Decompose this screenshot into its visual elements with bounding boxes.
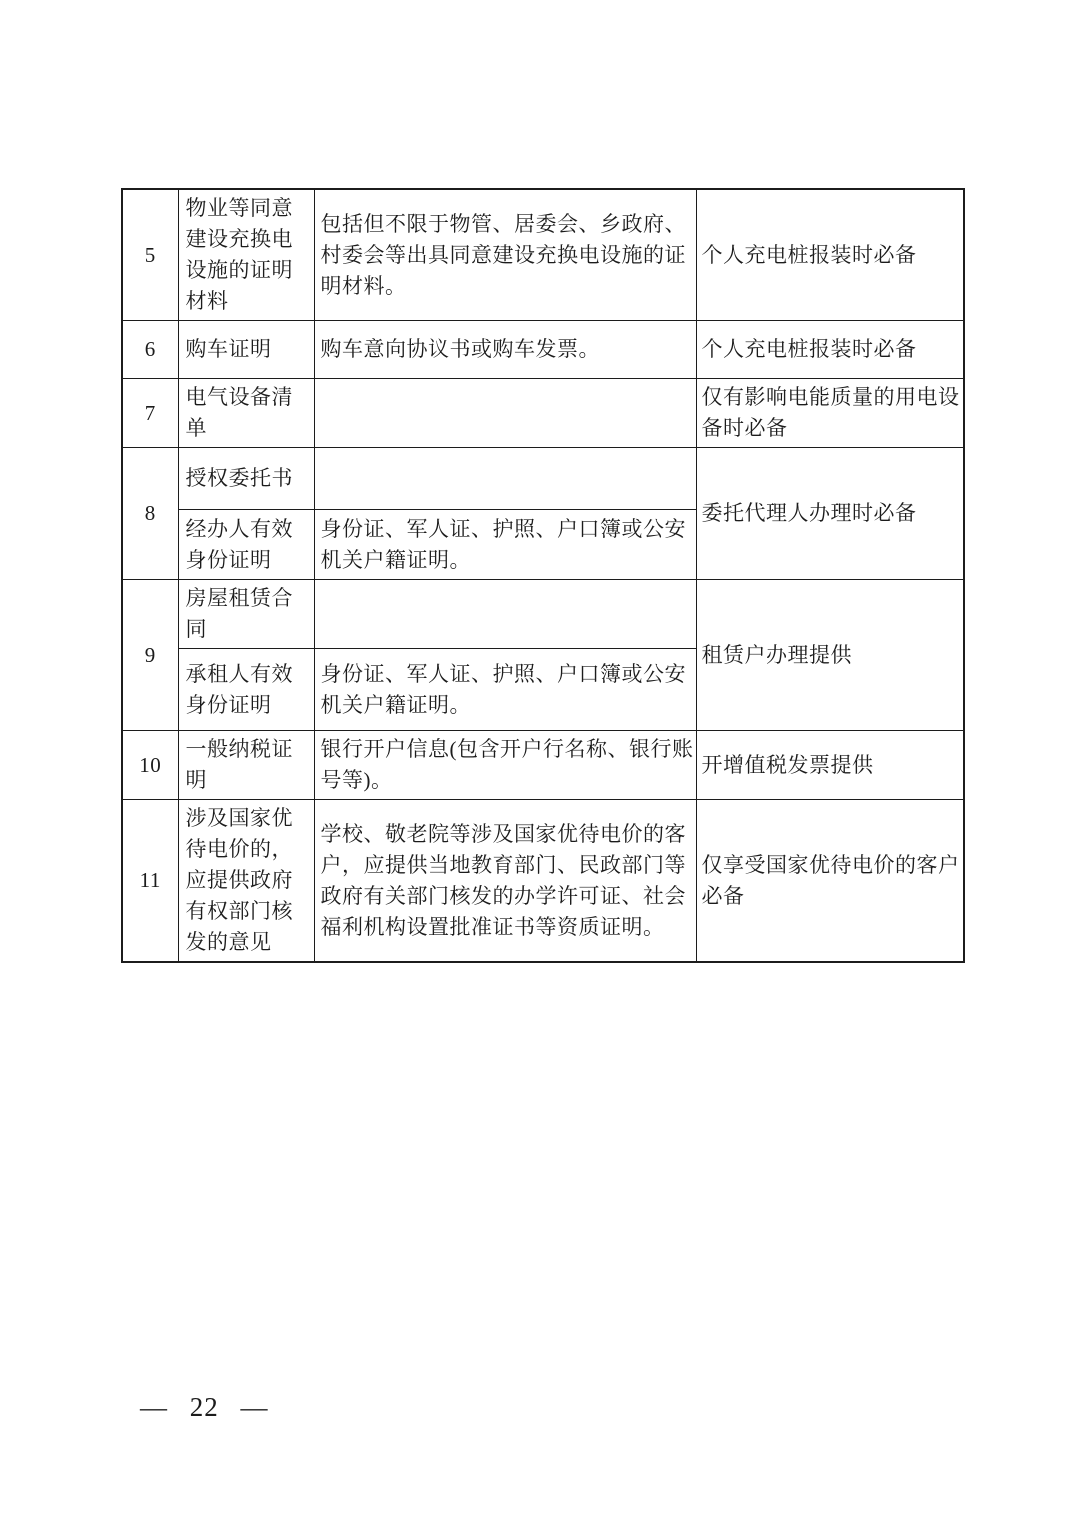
material-name: 房屋租赁合同 xyxy=(178,580,314,649)
material-name: 购车证明 xyxy=(178,321,314,379)
material-desc xyxy=(314,448,696,510)
material-remark: 仅享受国家优待电价的客户必备 xyxy=(696,800,964,963)
material-desc: 身份证、军人证、护照、户口簿或公安机关户籍证明。 xyxy=(314,510,696,580)
material-desc: 身份证、军人证、护照、户口簿或公安机关户籍证明。 xyxy=(314,649,696,731)
material-name: 经办人有效身份证明 xyxy=(178,510,314,580)
material-name: 授权委托书 xyxy=(178,448,314,510)
row-number: 6 xyxy=(122,321,178,379)
material-desc: 银行开户信息(包含开户行名称、银行账号等)。 xyxy=(314,731,696,800)
material-desc: 购车意向协议书或购车发票。 xyxy=(314,321,696,379)
table-row: 5 物业等同意建设充换电设施的证明材料 包括但不限于物管、居委会、乡政府、村委会… xyxy=(122,189,964,321)
material-name: 电气设备清单 xyxy=(178,379,314,448)
row-number: 5 xyxy=(122,189,178,321)
material-name: 物业等同意建设充换电设施的证明材料 xyxy=(178,189,314,321)
row-number: 11 xyxy=(122,800,178,963)
material-desc xyxy=(314,379,696,448)
material-remark: 租赁户办理提供 xyxy=(696,580,964,731)
material-name: 涉及国家优待电价的，应提供政府有权部门核发的意见 xyxy=(178,800,314,963)
row-number: 10 xyxy=(122,731,178,800)
page-number: — 22 — xyxy=(140,1392,269,1423)
material-name: 承租人有效身份证明 xyxy=(178,649,314,731)
table-row: 9 房屋租赁合同 租赁户办理提供 xyxy=(122,580,964,649)
table-row: 8 授权委托书 委托代理人办理时必备 xyxy=(122,448,964,510)
material-desc: 包括但不限于物管、居委会、乡政府、村委会等出具同意建设充换电设施的证明材料。 xyxy=(314,189,696,321)
table-row: 7 电气设备清单 仅有影响电能质量的用电设备时必备 xyxy=(122,379,964,448)
material-remark: 个人充电桩报装时必备 xyxy=(696,321,964,379)
material-remark: 委托代理人办理时必备 xyxy=(696,448,964,580)
table-row: 6 购车证明 购车意向协议书或购车发票。 个人充电桩报装时必备 xyxy=(122,321,964,379)
material-remark: 个人充电桩报装时必备 xyxy=(696,189,964,321)
material-desc xyxy=(314,580,696,649)
row-number: 9 xyxy=(122,580,178,731)
document-page: 5 物业等同意建设充换电设施的证明材料 包括但不限于物管、居委会、乡政府、村委会… xyxy=(0,0,1074,1520)
material-remark: 仅有影响电能质量的用电设备时必备 xyxy=(696,379,964,448)
table-row: 10 一般纳税证明 银行开户信息(包含开户行名称、银行账号等)。 开增值税发票提… xyxy=(122,731,964,800)
material-name: 一般纳税证明 xyxy=(178,731,314,800)
table-row: 11 涉及国家优待电价的，应提供政府有权部门核发的意见 学校、敬老院等涉及国家优… xyxy=(122,800,964,963)
material-desc: 学校、敬老院等涉及国家优待电价的客户，应提供当地教育部门、民政部门等政府有关部门… xyxy=(314,800,696,963)
materials-table: 5 物业等同意建设充换电设施的证明材料 包括但不限于物管、居委会、乡政府、村委会… xyxy=(121,188,965,963)
material-remark: 开增值税发票提供 xyxy=(696,731,964,800)
row-number: 8 xyxy=(122,448,178,580)
row-number: 7 xyxy=(122,379,178,448)
